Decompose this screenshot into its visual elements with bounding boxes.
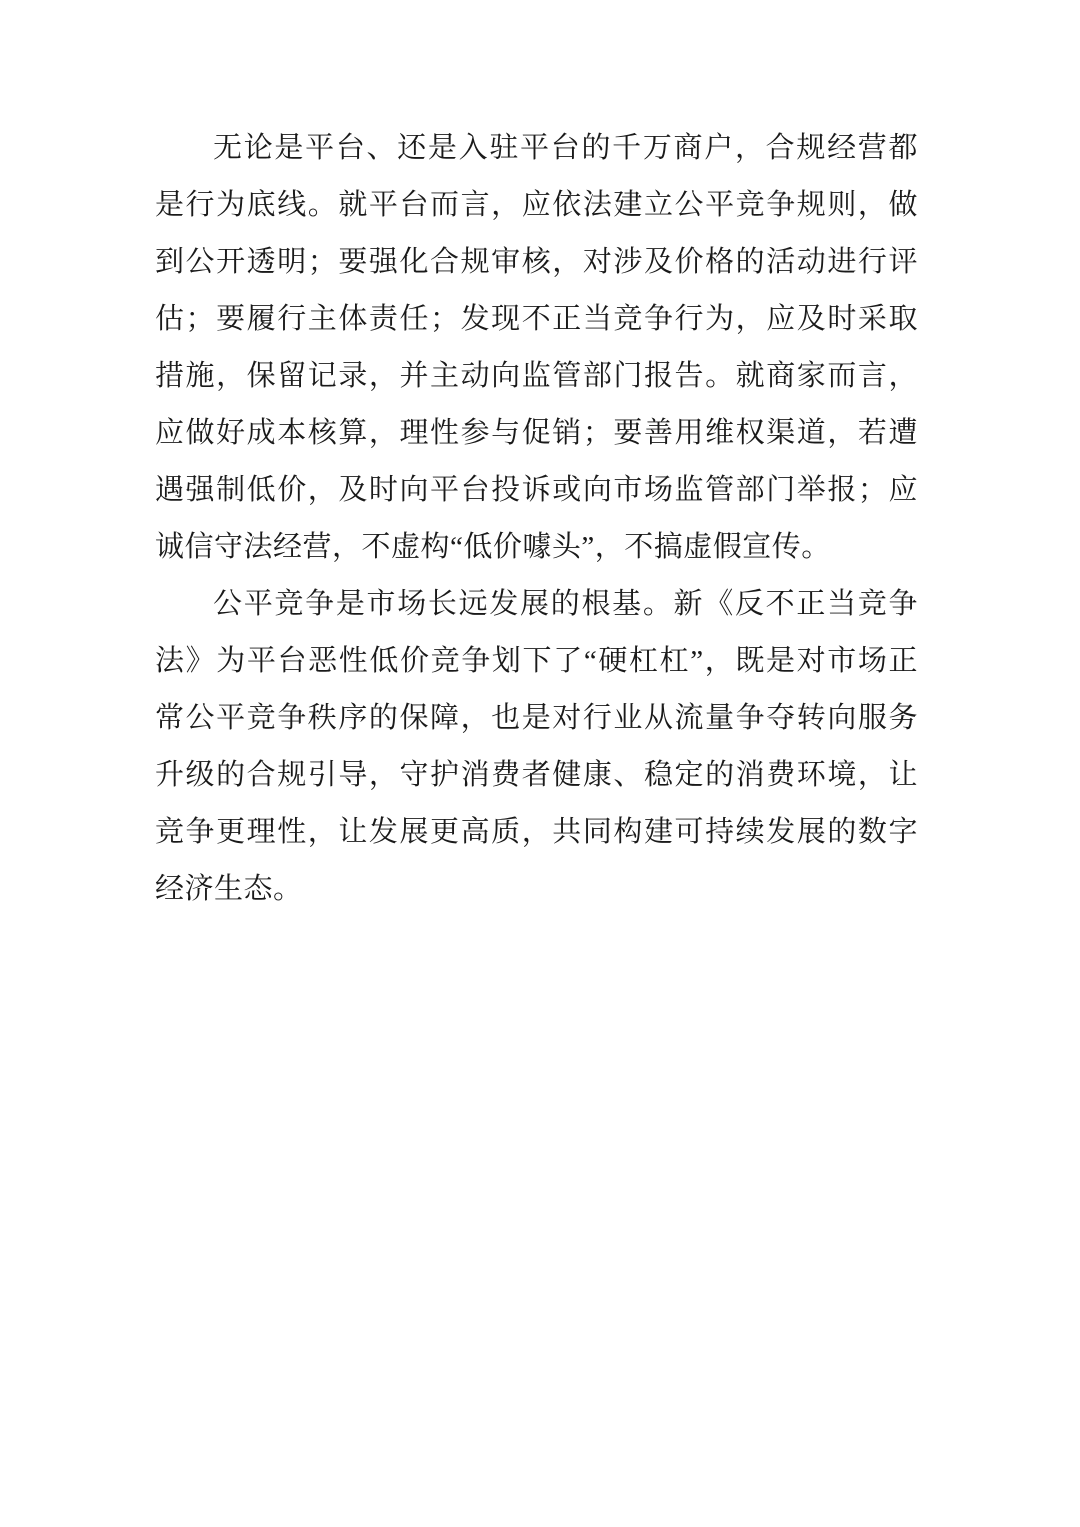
paragraph-fair-competition: 公平竞争是市场长远发展的根基。新《反不正当竞争法》为平台恶性低价竞争划下了“硬杠…: [155, 576, 918, 918]
document-page: 无论是平台、还是入驻平台的千万商户，合规经营都是行为底线。就平台而言，应依法建立…: [0, 0, 1080, 1527]
document-body: 无论是平台、还是入驻平台的千万商户，合规经营都是行为底线。就平台而言，应依法建立…: [155, 120, 918, 918]
paragraph-compliance-baseline: 无论是平台、还是入驻平台的千万商户，合规经营都是行为底线。就平台而言，应依法建立…: [155, 120, 918, 576]
